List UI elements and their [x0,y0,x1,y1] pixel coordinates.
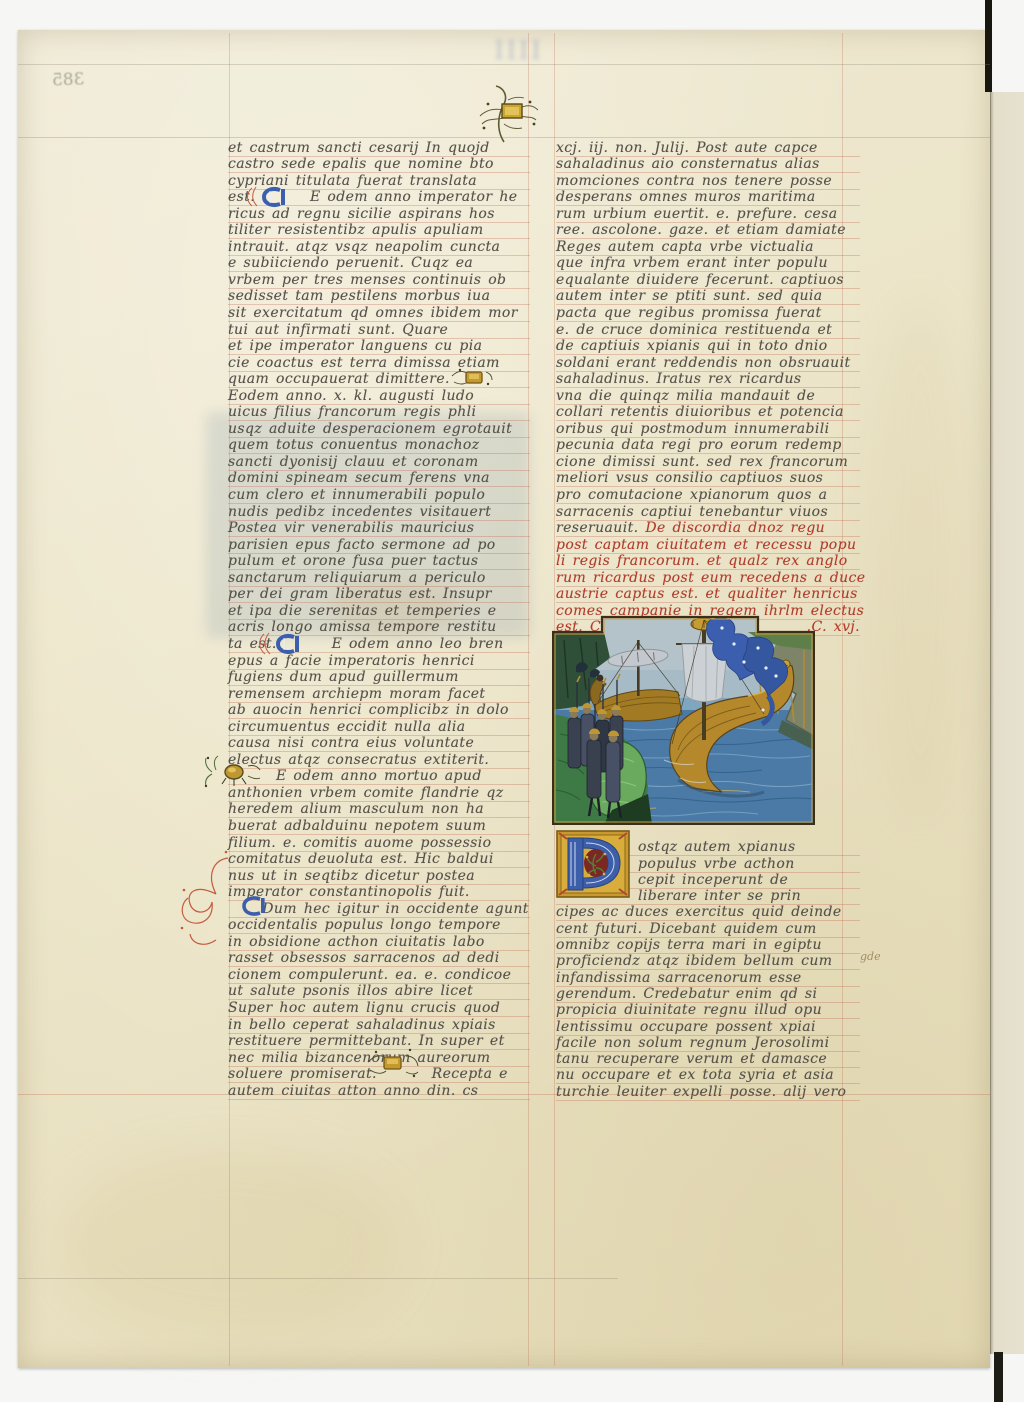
text-line: causa nisi contra eius voluntate [228,736,530,753]
text-line: remensem archiepm moram facet [228,686,530,703]
text-line: Super hoc autem lignu crucis quod [228,1000,530,1017]
text-line: oribus qui postmodum innumerabili [556,421,860,438]
text-line: Eodem anno. x. kl. augusti ludo [228,388,530,405]
text-line: lentissimu occupare possent xpiai [556,1019,860,1035]
text-line: acris longo amissa tempore restitu [228,620,530,637]
text-line: tanu recuperare verum et damasce [556,1052,860,1068]
text-line: et ipe imperator languens cu pia [228,339,530,356]
text-line: electus atqz consecratus extiterit. [228,752,530,769]
text-line: desperans omnes muros maritima [556,190,860,207]
text-line: nu occupare et ex tota syria et asia [556,1068,860,1084]
text-line: austrie captus est. et qualiter henricus [556,587,860,604]
text-column-a: et castrum sancti cesarij In quojdcastro… [228,140,530,1100]
text-line: cionem compulerunt. ea. e. condicoe [228,967,530,984]
text-line: nus ut in seqtibz dicetur postea [228,868,530,885]
text-line: sahaladinus. Iratus rex ricardus [556,372,860,389]
text-line: comitatus deuoluta est. Hic baldui [228,852,530,869]
vellum-crease [18,1278,618,1279]
text-line: e. de cruce dominica restituenda et [556,322,860,339]
text-line: quam occupauerat dimittere. [228,372,530,389]
binding-edge-bottom [994,1352,1003,1402]
text-line: fugiens dum apud guillermum [228,670,530,687]
text-line: et castrum sancti cesarij In quojd [228,140,530,157]
text-line: anthonien vrbem comite flandrie qz [228,785,530,802]
text-line: rum ricardus post eum recedens a duce [556,570,860,587]
text-line: gerendum. Credebatur enim qd si [556,987,860,1003]
text-line: et ipa die serenitas et temperies e [228,603,530,620]
text-line: filium. e. comitis auome possessio [228,835,530,852]
text-line: Dum hec igitur in occidente agunt [228,901,530,918]
text-line: buerat adbalduinu nepotem suum [228,818,530,835]
text-line: castro sede epalis que nomine bto [228,157,530,174]
text-line: epus a facie imperatoris henrici [228,653,530,670]
text-line: per dei gram liberatus est. Insupr [228,587,530,604]
text-line: reseruauit. De discordia dnoz regu [556,521,860,538]
text-line: heredem alium masculum non ha [228,802,530,819]
text-line: est. E odem anno imperator he [228,190,530,207]
text-line: que infra vrbem erant inter populu [556,256,860,273]
text-line: proficiendz atqz ibidem bellum cum [556,954,860,970]
text-line: occidentalis populus longo tempore [228,918,530,935]
text-line: cum clero et innumerabili populo [228,487,530,504]
text-line: infandissima sarracenorum esse [556,970,860,986]
text-line: sedisset tam pestilens morbus iua [228,289,530,306]
text-line: de captiuis xpianis qui in toto dnio [556,339,860,356]
text-line: vrbem per tres menses continuis ob [228,272,530,289]
text-line: meliori vsus consilio captiuos suos [556,471,860,488]
showthrough-roman-numeral: IIII [492,36,541,66]
text-column-b-upper: xcj. iij. non. Julij. Post aute capcesah… [556,140,860,636]
text-line: Reges autem capta vrbe victualia [556,239,860,256]
text-line: usqz aduite desperacionem egrotauit [228,421,530,438]
text-line: rasset obsessos sarracenos ad dedi [228,951,530,968]
text-line: parisien epus facto sermone ad po [228,537,530,554]
illuminated-initial-P [556,830,630,898]
text-line: cione dimissi sunt. sed rex francorum [556,454,860,471]
text-line: pecunia data regi pro eorum redemp [556,438,860,455]
text-line: autem ciuitas atton anno din. cs [228,1083,530,1100]
text-line: post captam ciuitatem et recessu popu [556,537,860,554]
text-line: nec milia bizancenorum aureorum [228,1050,530,1067]
text-line: propicia diuinitate regnu illud opu [556,1003,860,1019]
text-line: li regis francorum. et qualz rex anglo [556,554,860,571]
text-line: ree. ascolone. gaze. et etiam damiate [556,223,860,240]
text-line: Postea vir venerabilis mauricius [228,521,530,538]
text-line: ta est. E odem anno leo bren [228,636,530,653]
text-line: sancti dyonisij clauu et coronam [228,454,530,471]
binding-edge-top [985,0,992,92]
text-line: E odem anno mortuo apud [228,769,530,786]
text-line: pulum et orone fusa puer tactus [228,554,530,571]
miniature-harbor-ship-scene [552,610,815,825]
text-line: nudis pedibz incedentes visitauert [228,504,530,521]
text-line: omnibz copijs terra mari in egiptu [556,938,860,954]
text-line: quem totus conuentus monachoz [228,438,530,455]
text-line: ricus ad regnu sicilie aspirans hos [228,206,530,223]
text-line: tui aut infirmati sunt. Quare [228,322,530,339]
text-line: tiliter resistentibz apulis apuliam [228,223,530,240]
text-line: xcj. iij. non. Julij. Post aute capce [556,140,860,157]
text-line: ab auocin henrici complicibz in dolo [228,703,530,720]
text-line: imperator constantinopolis fuit. [228,885,530,902]
text-line: vna die quinqz milia mandauit de [556,388,860,405]
text-line: collari retentis diuioribus et potencia [556,405,860,422]
text-line: sanctarum reliquiarum a periculo [228,570,530,587]
text-line: cent futuri. Dicebant quidem cum [556,921,860,937]
text-line: in bello ceperat sahaladinus xpiais [228,1017,530,1034]
text-line: soluere promiserat. Recepta e [228,1067,530,1084]
text-line: restituere permittebant. In super et [228,1034,530,1051]
text-line: uicus filius francorum regis phli [228,405,530,422]
text-line: pro comutacione xpianorum quos a [556,487,860,504]
text-line: sarracenis captiui tenebantur viuos [556,504,860,521]
text-line: sahaladinus aio consternatus alias [556,157,860,174]
text-line: circumuentus eccidit nulla alia [228,719,530,736]
margin-note: gde [860,950,881,963]
text-line: ut salute psonis illos abire licet [228,984,530,1001]
text-line: pacta que regibus promissa fuerat [556,305,860,322]
vellum-crease [18,64,990,65]
text-line: intrauit. atqz vsqz neapolim cuncta [228,239,530,256]
text-line: e subiiciendo peruenit. Cuqz ea [228,256,530,273]
text-line: in obsidione acthon ciuitatis labo [228,934,530,951]
ruling-line [18,137,990,138]
text-line: cipes ac duces exercitus quid deinde [556,905,860,921]
text-line: facile non solum regnum Jerosolimi [556,1036,860,1052]
text-line: sit exercitatum qd omnes ibidem mor [228,305,530,322]
text-line: soldani erant reddendis non obsruauit [556,355,860,372]
text-line: rum urbium euertit. e. prefure. cesa [556,206,860,223]
next-folio-edge [990,92,1024,1354]
manuscript-photo: 385 IIII et castrum sancti cesarij In qu… [0,0,1024,1402]
text-line: cypriani titulata fuerat translata [228,173,530,190]
text-line: turchie leuiter expelli posse. alij vero [556,1084,860,1100]
text-line: momciones contra nos tenere posse [556,173,860,190]
text-line: equalante diuidere fecerunt. captiuos [556,272,860,289]
text-line: domini spineam secum ferens vna [228,471,530,488]
text-line: autem inter se ptiti sunt. sed quia [556,289,860,306]
showthrough-folio-number: 385 [52,69,85,90]
text-line: cie coactus est terra dimissa etiam [228,355,530,372]
